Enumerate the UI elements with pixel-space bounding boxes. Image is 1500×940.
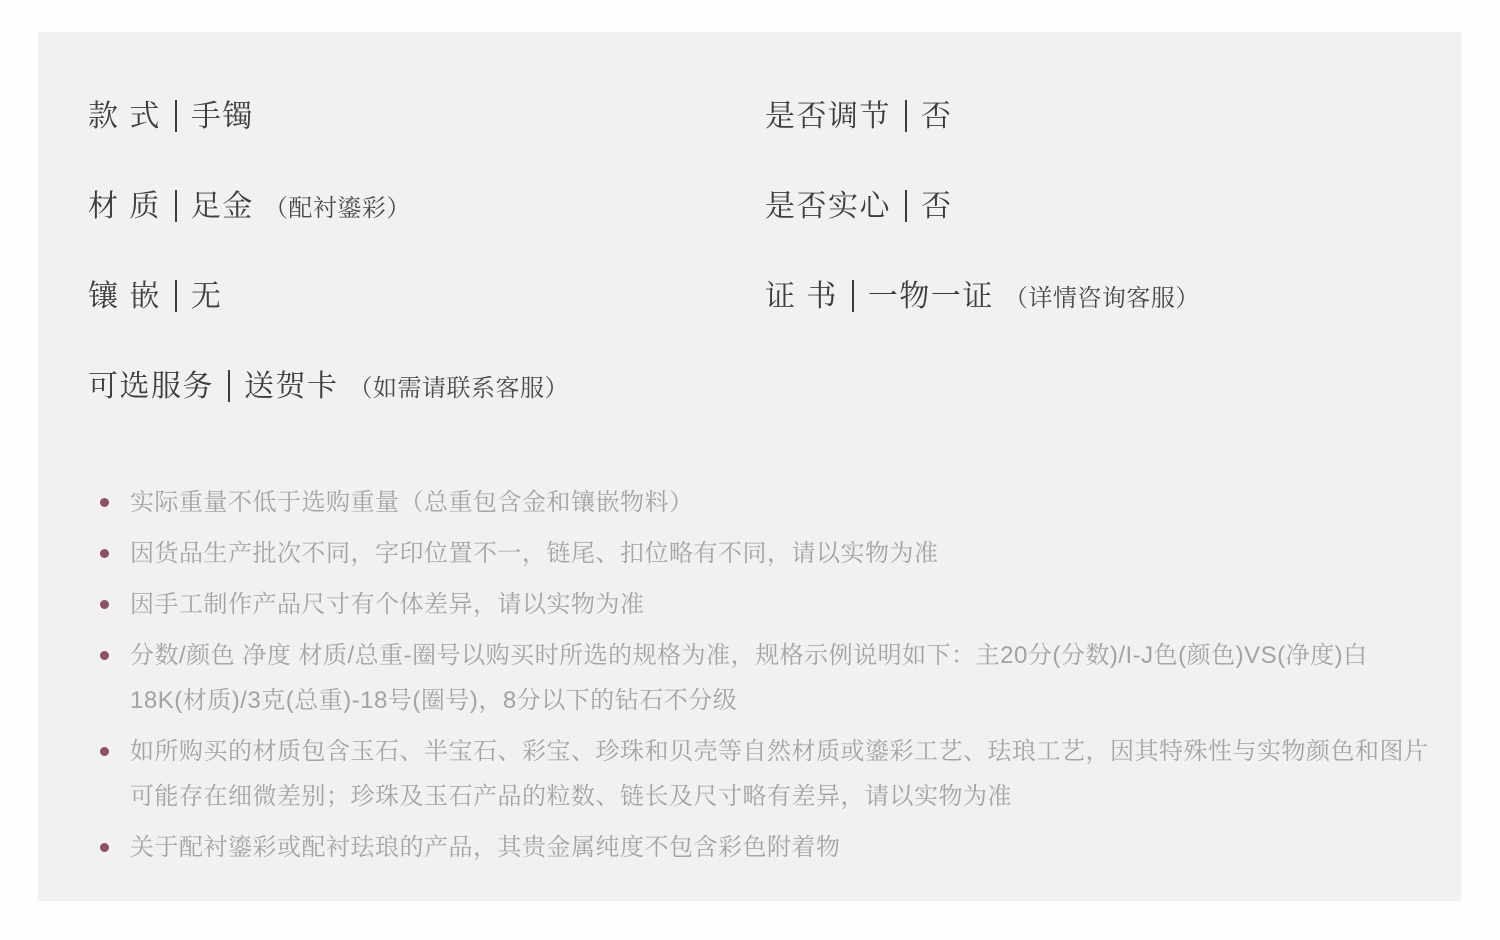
note-item: 因货品生产批次不同，字印位置不一，链尾、扣位略有不同，请以实物为准 (100, 531, 1440, 576)
product-notes-list: 实际重量不低于选购重量（总重包含金和镶嵌物料） 因货品生产批次不同，字印位置不一… (100, 480, 1440, 876)
spec-value: 手镯 (191, 72, 254, 162)
spec-value: 否 (921, 162, 953, 252)
bullet-dot-icon (100, 843, 109, 852)
spec-row-solid: 是否实心否 (765, 162, 1200, 252)
note-item: 实际重量不低于选购重量（总重包含金和镶嵌物料） (100, 480, 1440, 525)
note-text: 分数/颜色 净度 材质/总重-圈号以购买时所选的规格为准，规格示例说明如下：主2… (130, 633, 1440, 723)
spec-note: （如需请联系客服） (349, 344, 570, 434)
spec-label: 镶 嵌 (88, 252, 161, 342)
spec-value: 无 (191, 252, 223, 342)
spec-label: 是否调节 (765, 72, 891, 162)
note-text: 因手工制作产品尺寸有个体差异，请以实物为准 (130, 582, 645, 627)
label-value-divider (852, 280, 854, 312)
spec-row-inlay: 镶 嵌无 (88, 252, 569, 342)
spec-row-adjustable: 是否调节否 (765, 72, 1200, 162)
product-spec-panel: 款 式手镯 材 质足金（配衬鎏彩） 镶 嵌无 可选服务送贺卡（如需请联系客服） … (38, 32, 1461, 901)
spec-label: 材 质 (88, 162, 161, 252)
bullet-dot-icon (100, 747, 109, 756)
spec-row-certificate: 证 书一物一证（详情咨询客服） (765, 252, 1200, 342)
label-value-divider (228, 370, 230, 402)
label-value-divider (905, 100, 907, 132)
spec-value: 一物一证 (868, 252, 994, 342)
spec-label: 是否实心 (765, 162, 891, 252)
spec-label: 证 书 (765, 252, 838, 342)
spec-value: 送贺卡 (244, 342, 339, 432)
note-text: 关于配衬鎏彩或配衬珐琅的产品，其贵金属纯度不包含彩色附着物 (130, 825, 841, 870)
spec-column-right: 是否调节否 是否实心否 证 书一物一证（详情咨询客服） (765, 72, 1200, 342)
note-text: 实际重量不低于选购重量（总重包含金和镶嵌物料） (130, 480, 694, 525)
note-item: 分数/颜色 净度 材质/总重-圈号以购买时所选的规格为准，规格示例说明如下：主2… (100, 633, 1440, 723)
label-value-divider (905, 190, 907, 222)
bullet-dot-icon (100, 600, 109, 609)
label-value-divider (175, 190, 177, 222)
label-value-divider (175, 280, 177, 312)
note-item: 关于配衬鎏彩或配衬珐琅的产品，其贵金属纯度不包含彩色附着物 (100, 825, 1440, 870)
note-item: 如所购买的材质包含玉石、半宝石、彩宝、珍珠和贝壳等自然材质或鎏彩工艺、珐琅工艺，… (100, 729, 1440, 819)
spec-row-style: 款 式手镯 (88, 72, 569, 162)
bullet-dot-icon (100, 549, 109, 558)
spec-label: 可选服务 (88, 342, 214, 432)
label-value-divider (175, 100, 177, 132)
note-text: 因货品生产批次不同，字印位置不一，链尾、扣位略有不同，请以实物为准 (130, 531, 939, 576)
spec-value: 否 (921, 72, 953, 162)
spec-row-material: 材 质足金（配衬鎏彩） (88, 162, 569, 252)
spec-value: 足金 (191, 162, 254, 252)
bullet-dot-icon (100, 498, 109, 507)
spec-note: （配衬鎏彩） (264, 164, 411, 254)
spec-column-left: 款 式手镯 材 质足金（配衬鎏彩） 镶 嵌无 可选服务送贺卡（如需请联系客服） (88, 72, 569, 432)
note-text: 如所购买的材质包含玉石、半宝石、彩宝、珍珠和贝壳等自然材质或鎏彩工艺、珐琅工艺，… (130, 729, 1440, 819)
bullet-dot-icon (100, 651, 109, 660)
spec-note: （详情咨询客服） (1004, 254, 1200, 344)
spec-row-optional-service: 可选服务送贺卡（如需请联系客服） (88, 342, 569, 432)
note-item: 因手工制作产品尺寸有个体差异，请以实物为准 (100, 582, 1440, 627)
spec-label: 款 式 (88, 72, 161, 162)
